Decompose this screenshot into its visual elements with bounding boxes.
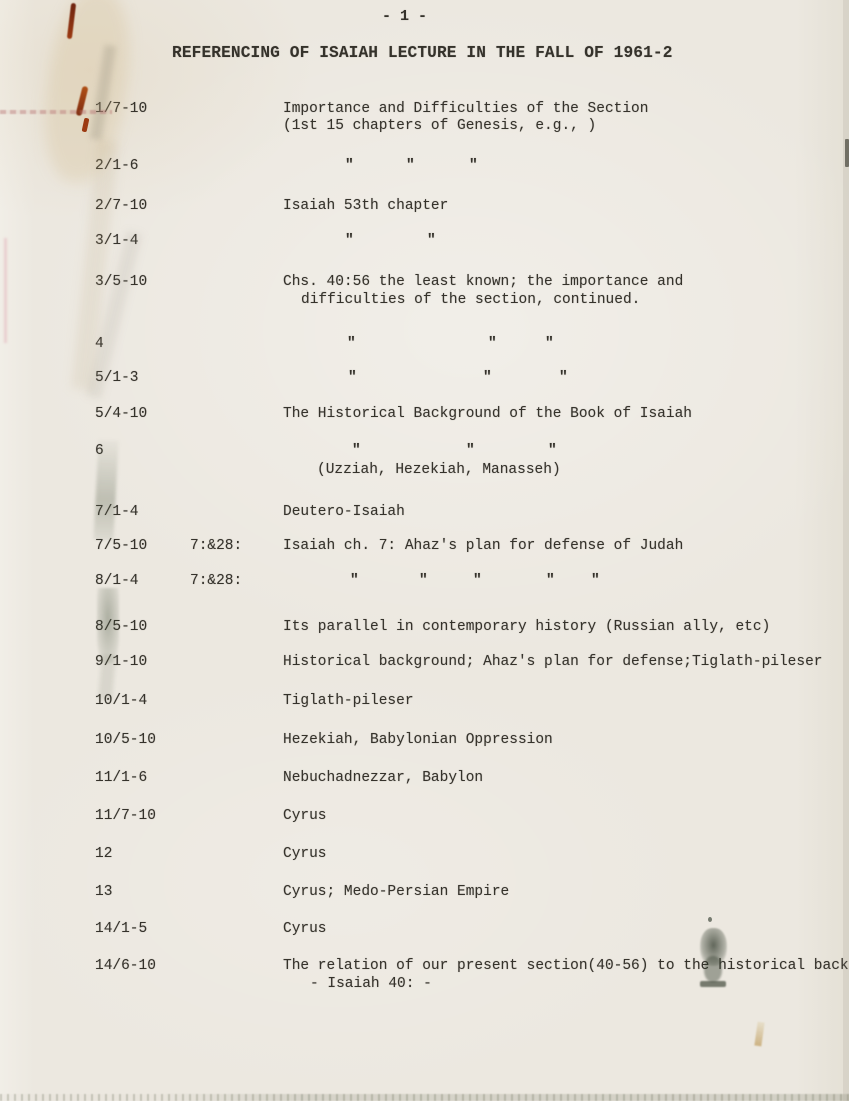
reference-row: 8/1-47:&28:""""" xyxy=(0,573,849,613)
reference-row: 10/1-4Tiglath-pileser xyxy=(0,693,849,733)
line-range-label: 2/1-6 xyxy=(95,158,139,175)
line-range-label: 14/1-5 xyxy=(95,921,147,938)
ditto-mark: " xyxy=(559,370,568,387)
entry-text: Cyrus xyxy=(283,921,327,938)
ditto-mark: " xyxy=(345,158,354,175)
entry-text: Cyrus xyxy=(283,808,327,825)
line-range-label: 4 xyxy=(95,336,104,353)
entry-text: difficulties of the section, continued. xyxy=(301,292,640,309)
document-title: REFERENCING OF ISAIAH LECTURE IN THE FAL… xyxy=(172,44,673,62)
line-range-label: 7/1-4 xyxy=(95,504,139,521)
entry-text: Historical background; Ahaz's plan for d… xyxy=(283,654,823,671)
line-range-label: 10/1-4 xyxy=(95,693,147,710)
ditto-mark: " xyxy=(545,336,554,353)
entry-text: Cyrus xyxy=(283,846,327,863)
entry-text: Importance and Difficulties of the Secti… xyxy=(283,101,648,118)
line-range-label: 6 xyxy=(95,443,104,460)
entry-text: - Isaiah 40: - xyxy=(310,976,432,993)
scanned-document-page: - 1 - REFERENCING OF ISAIAH LECTURE IN T… xyxy=(0,0,849,1101)
ditto-mark: " xyxy=(488,336,497,353)
line-range-label: 2/7-10 xyxy=(95,198,147,215)
ditto-mark: " xyxy=(466,443,475,460)
entry-text: (Uzziah, Hezekiah, Manasseh) xyxy=(317,462,561,479)
reference-row: 7/5-107:&28:Isaiah ch. 7: Ahaz's plan fo… xyxy=(0,538,849,578)
entry-text: Deutero-Isaiah xyxy=(283,504,405,521)
entry-text: Tiglath-pileser xyxy=(283,693,414,710)
entry-text: Nebuchadnezzar, Babylon xyxy=(283,770,483,787)
chapter-ref: 7:&28: xyxy=(190,538,242,555)
entry-text: The Historical Background of the Book of… xyxy=(283,406,692,423)
entry-text: Chs. 40:56 the least known; the importan… xyxy=(283,274,683,291)
ditto-mark: " xyxy=(591,573,600,590)
reference-row: 13Cyrus; Medo-Persian Empire xyxy=(0,884,849,924)
reference-row: 12Cyrus xyxy=(0,846,849,886)
ditto-mark: " xyxy=(347,336,356,353)
reference-row: 3/5-10Chs. 40:56 the least known; the im… xyxy=(0,274,849,314)
reference-row: 9/1-10Historical background; Ahaz's plan… xyxy=(0,654,849,694)
line-range-label: 11/1-6 xyxy=(95,770,147,787)
entry-text: Cyrus; Medo-Persian Empire xyxy=(283,884,509,901)
line-range-label: 8/1-4 xyxy=(95,573,139,590)
ditto-mark: " xyxy=(427,233,436,250)
line-range-label: 14/6-10 xyxy=(95,958,156,975)
reference-row: 14/1-5Cyrus xyxy=(0,921,849,961)
line-range-label: 12 xyxy=(95,846,112,863)
bottom-edge-shadow xyxy=(0,1094,849,1101)
red-ink-stain xyxy=(67,3,76,39)
ditto-mark: " xyxy=(419,573,428,590)
ditto-mark: " xyxy=(469,158,478,175)
entry-text: Isaiah 53th chapter xyxy=(283,198,448,215)
entry-text: Isaiah ch. 7: Ahaz's plan for defense of… xyxy=(283,538,683,555)
line-range-label: 3/1-4 xyxy=(95,233,139,250)
reference-row: 5/4-10The Historical Background of the B… xyxy=(0,406,849,446)
reference-row: 2/1-6""" xyxy=(0,158,849,198)
reference-row: 2/7-10Isaiah 53th chapter xyxy=(0,198,849,238)
yellow-mark-stain xyxy=(754,1022,764,1047)
line-range-label: 5/4-10 xyxy=(95,406,147,423)
reference-row: 11/1-6Nebuchadnezzar, Babylon xyxy=(0,770,849,810)
entry-text: Hezekiah, Babylonian Oppression xyxy=(283,732,553,749)
line-range-label: 11/7-10 xyxy=(95,808,156,825)
reference-row: 6(Uzziah, Hezekiah, Manasseh)""" xyxy=(0,443,849,483)
ditto-mark: " xyxy=(546,573,555,590)
reference-row: 14/6-10The relation of our present secti… xyxy=(0,958,849,998)
ditto-mark: " xyxy=(352,443,361,460)
entry-text: The relation of our present section(40-5… xyxy=(283,958,849,975)
page-number: - 1 - xyxy=(382,8,427,25)
reference-row: 1/7-10Importance and Difficulties of the… xyxy=(0,101,849,141)
line-range-label: 10/5-10 xyxy=(95,732,156,749)
reference-row: 5/1-3""" xyxy=(0,370,849,410)
reference-row: 10/5-10Hezekiah, Babylonian Oppression xyxy=(0,732,849,772)
reference-row: 11/7-10Cyrus xyxy=(0,808,849,848)
ditto-mark: " xyxy=(406,158,415,175)
entry-text: (1st 15 chapters of Genesis, e.g., ) xyxy=(283,118,596,135)
line-range-label: 13 xyxy=(95,884,112,901)
line-range-label: 3/5-10 xyxy=(95,274,147,291)
line-range-label: 5/1-3 xyxy=(95,370,139,387)
ditto-mark: " xyxy=(483,370,492,387)
line-range-label: 8/5-10 xyxy=(95,619,147,636)
chapter-ref: 7:&28: xyxy=(190,573,242,590)
ditto-mark: " xyxy=(548,443,557,460)
entry-text: Its parallel in contemporary history (Ru… xyxy=(283,619,770,636)
line-range-label: 1/7-10 xyxy=(95,101,147,118)
ditto-mark: " xyxy=(345,233,354,250)
line-range-label: 7/5-10 xyxy=(95,538,147,555)
line-range-label: 9/1-10 xyxy=(95,654,147,671)
reference-row: 3/1-4"" xyxy=(0,233,849,273)
ditto-mark: " xyxy=(473,573,482,590)
reference-row: 8/5-10Its parallel in contemporary histo… xyxy=(0,619,849,659)
ditto-mark: " xyxy=(350,573,359,590)
ditto-mark: " xyxy=(348,370,357,387)
